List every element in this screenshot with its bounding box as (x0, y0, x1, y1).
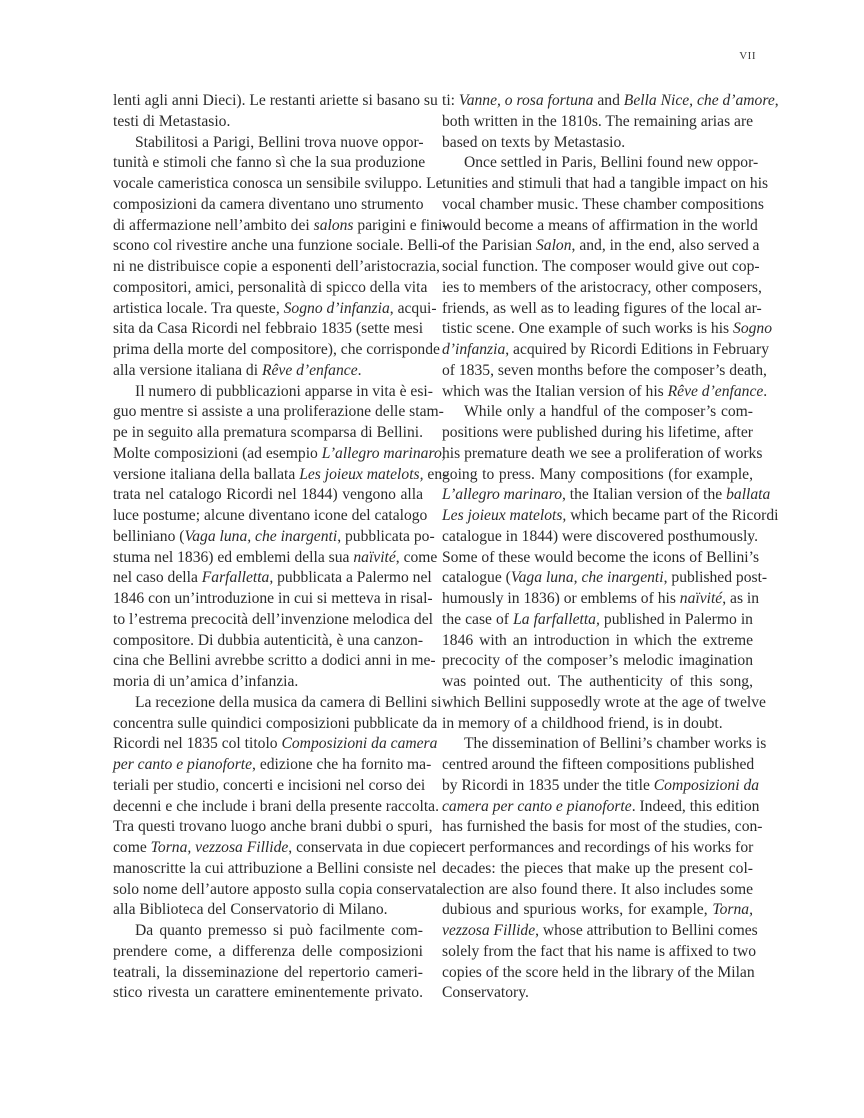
text-line: ti: Vanne, o rosa fortuna and Bella Nice… (442, 91, 753, 112)
text-line: was pointed out. The authenticity of thi… (442, 672, 753, 693)
text-line: which was the Italian version of his Rêv… (442, 382, 753, 403)
text-line: While only a handful of the composer’s c… (442, 402, 753, 423)
text-line: of 1835, seven months before the compose… (442, 361, 753, 382)
text-line: dubious and spurious works, for example,… (442, 900, 753, 921)
text-line: lection are also found there. It also in… (442, 880, 753, 901)
text-line: alla versione italiana di Rêve d’enfance… (113, 361, 423, 382)
text-line: his premature death we see a proliferati… (442, 444, 753, 465)
text-line: vezzosa Fillide, whose attribution to Be… (442, 921, 753, 942)
text-line: by Ricordi in 1835 under the title Compo… (442, 776, 753, 797)
text-line: pe in seguito alla prematura scomparsa d… (113, 423, 423, 444)
text-line: precocity of the composer’s melodic imag… (442, 651, 753, 672)
text-line: testi di Metastasio. (113, 112, 423, 133)
text-line: Il numero di pubblicazioni apparse in vi… (113, 382, 423, 403)
text-line: friends, as well as to leading figures o… (442, 299, 753, 320)
text-line: prima della morte del compositore), che … (113, 340, 423, 361)
text-line: centred around the fifteen compositions … (442, 755, 753, 776)
text-line: stico rivesta un carattere eminentemente… (113, 983, 423, 1004)
text-line: 1846 con un’introduzione in cui si mette… (113, 589, 423, 610)
text-line: Conservatory. (442, 983, 753, 1004)
text-line: teatrali, la disseminazione del repertor… (113, 963, 423, 984)
text-line: concentra sulle quindici composizioni pu… (113, 714, 423, 735)
text-line: guo mentre si assiste a una proliferazio… (113, 402, 423, 423)
text-line: going to press. Many compositions (for e… (442, 465, 753, 486)
text-line: decades: the pieces that make up the pre… (442, 859, 753, 880)
text-line: vocal chamber music. These chamber compo… (442, 195, 753, 216)
english-text-column: ti: Vanne, o rosa fortuna and Bella Nice… (442, 91, 753, 1004)
text-line: belliniano (Vaga luna, che inargenti, pu… (113, 527, 423, 548)
italian-text-column: lenti agli anni Dieci). Le restanti arie… (113, 91, 423, 1004)
text-line: The dissemination of Bellini’s chamber w… (442, 734, 753, 755)
text-line: prendere come, a differenza delle compos… (113, 942, 423, 963)
text-line: Stabilitosi a Parigi, Bellini trova nuov… (113, 133, 423, 154)
text-line: ies to members of the aristocracy, other… (442, 278, 753, 299)
text-line: humously in 1836) or emblems of his naïv… (442, 589, 753, 610)
text-line: has furnished the basis for most of the … (442, 817, 753, 838)
text-line: manoscritte la cui attribuzione a Bellin… (113, 859, 423, 880)
text-line: compositore. Di dubbia autenticità, è un… (113, 631, 423, 652)
text-line: to l’estrema precocità dell’invenzione m… (113, 610, 423, 631)
text-line: teriali per studio, concerti e incisioni… (113, 776, 423, 797)
text-line: based on texts by Metastasio. (442, 133, 753, 154)
text-line: scono col rivestire anche una funzione s… (113, 236, 423, 257)
text-line: cina che Bellini avrebbe scritto a dodic… (113, 651, 423, 672)
text-line: vocale cameristica conosca un sensibile … (113, 174, 423, 195)
text-line: solely from the fact that his name is af… (442, 942, 753, 963)
text-line: which Bellini supposedly wrote at the ag… (442, 693, 753, 714)
text-line: tistic scene. One example of such works … (442, 319, 753, 340)
text-line: alla Biblioteca del Conservatorio di Mil… (113, 900, 423, 921)
text-line: catalogue in 1844) were discovered posth… (442, 527, 753, 548)
text-line: come Torna, vezzosa Fillide, conservata … (113, 838, 423, 859)
text-line: sita da Casa Ricordi nel febbraio 1835 (… (113, 319, 423, 340)
text-line: composizioni da camera diventano uno str… (113, 195, 423, 216)
text-line: Tra questi trovano luogo anche brani dub… (113, 817, 423, 838)
text-line: L’allegro marinaro, the Italian version … (442, 485, 753, 506)
text-line: both written in the 1810s. The remaining… (442, 112, 753, 133)
text-line: lenti agli anni Dieci). Le restanti arie… (113, 91, 423, 112)
text-line: moria di un’amica d’infanzia. (113, 672, 423, 693)
text-line: di affermazione nell’ambito dei salons p… (113, 216, 423, 237)
text-line: stuma nel 1836) ed emblemi della sua naï… (113, 548, 423, 569)
page-number: VII (736, 50, 756, 62)
text-line: cert performances and recordings of his … (442, 838, 753, 859)
text-line: camera per canto e pianoforte. Indeed, t… (442, 797, 753, 818)
text-line: luce postume; alcune diventano icone del… (113, 506, 423, 527)
text-line: positions were published during his life… (442, 423, 753, 444)
text-line: Da quanto premesso si può facilmente com… (113, 921, 423, 942)
text-line: would become a means of affirmation in t… (442, 216, 753, 237)
text-line: La recezione della musica da camera di B… (113, 693, 423, 714)
text-line: 1846 with an introduction in which the e… (442, 631, 753, 652)
text-line: tunità e stimoli che fanno sì che la sua… (113, 153, 423, 174)
text-line: tunities and stimuli that had a tangible… (442, 174, 753, 195)
text-line: per canto e pianoforte, edizione che ha … (113, 755, 423, 776)
text-line: trata nel catalogo Ricordi nel 1844) ven… (113, 485, 423, 506)
text-line: Molte composizioni (ad esempio L’allegro… (113, 444, 423, 465)
text-line: the case of La farfalletta, published in… (442, 610, 753, 631)
text-line: catalogue (Vaga luna, che inargenti, pub… (442, 568, 753, 589)
text-line: versione italiana della ballata Les joie… (113, 465, 423, 486)
text-line: nel caso della Farfalletta, pubblicata a… (113, 568, 423, 589)
text-line: Once settled in Paris, Bellini found new… (442, 153, 753, 174)
text-line: copies of the score held in the library … (442, 963, 753, 984)
text-line: of the Parisian Salon, and, in the end, … (442, 236, 753, 257)
text-line: ni ne distribuisce copie a esponenti del… (113, 257, 423, 278)
text-line: Les joieux matelots, which became part o… (442, 506, 753, 527)
text-line: artistica locale. Tra queste, Sogno d’in… (113, 299, 423, 320)
text-line: in memory of a childhood friend, is in d… (442, 714, 753, 735)
text-line: social function. The composer would give… (442, 257, 753, 278)
text-line: solo nome dell’autore apposto sulla copi… (113, 880, 423, 901)
text-line: d’infanzia, acquired by Ricordi Editions… (442, 340, 753, 361)
text-line: compositori, amici, personalità di spicc… (113, 278, 423, 299)
text-line: Some of these would become the icons of … (442, 548, 753, 569)
text-line: Ricordi nel 1835 col titolo Composizioni… (113, 734, 423, 755)
text-line: decenni e che include i brani della pres… (113, 797, 423, 818)
